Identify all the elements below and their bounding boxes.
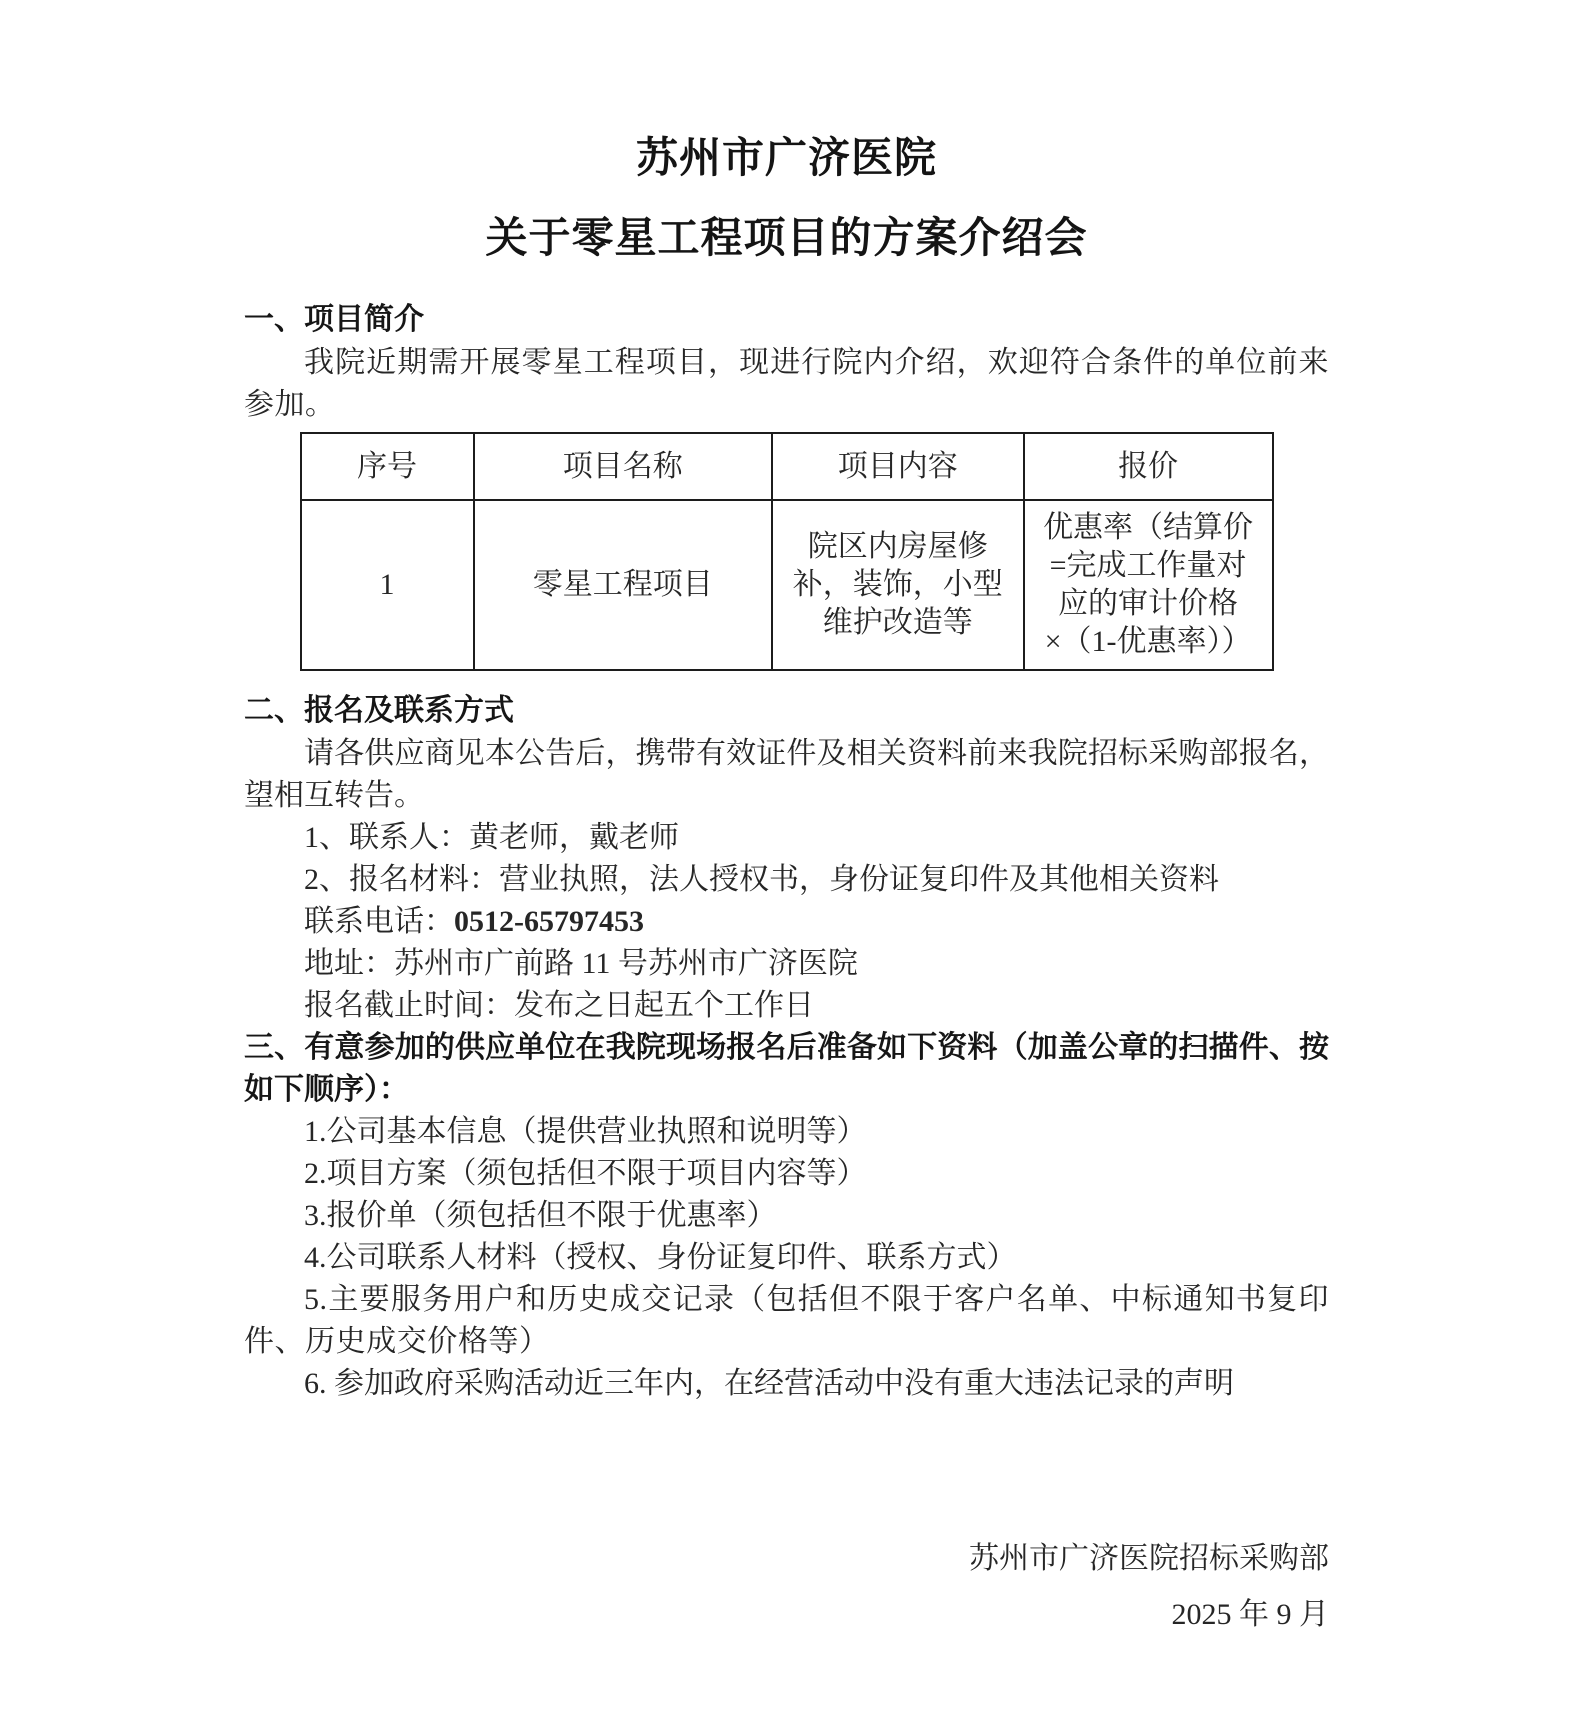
address-line: 地址：苏州市广前路 11 号苏州市广济医院	[244, 943, 1329, 985]
requirement-item-4: 4.公司联系人材料（授权、身份证复印件、联系方式）	[244, 1237, 1329, 1279]
materials-line: 2、报名材料：营业执照，法人授权书，身份证复印件及其他相关资料	[244, 859, 1329, 901]
section-one-heading: 一、项目简介	[244, 298, 1329, 342]
requirement-item-5: 5.主要服务用户和历史成交记录（包括但不限于客户名单、中标通知书复印件、历史成交…	[244, 1279, 1329, 1363]
section-two-heading: 二、报名及联系方式	[244, 689, 1329, 733]
phone-number: 0512-65797453	[454, 905, 644, 938]
cell-quote: 优惠率（结算价 =完成工作量对 应的审计价格 ×（1-优惠率））	[1024, 500, 1273, 670]
project-intro-paragraph: 我院近期需开展零星工程项目，现进行院内介绍，欢迎符合条件的单位前来参加。	[244, 342, 1329, 426]
phone-label: 联系电话：	[304, 905, 454, 938]
section-three-heading: 三、有意参加的供应单位在我院现场报名后准备如下资料（加盖公章的扫描件、按如下顺序…	[244, 1027, 1329, 1111]
org-title: 苏州市广济医院	[244, 132, 1329, 184]
signature-block: 苏州市广济医院招标采购部 2025 年 9 月	[244, 1531, 1329, 1643]
table-header-seq: 序号	[301, 433, 474, 500]
deadline-line: 报名截止时间：发布之日起五个工作日	[244, 985, 1329, 1027]
requirement-item-6: 6. 参加政府采购活动近三年内，在经营活动中没有重大违法记录的声明	[244, 1363, 1329, 1405]
project-table: 序号 项目名称 项目内容 报价 1 零星工程项目 院区内房屋修 补，装饰，小型 …	[300, 432, 1274, 671]
requirement-item-3: 3.报价单（须包括但不限于优惠率）	[244, 1195, 1329, 1237]
registration-intro-paragraph: 请各供应商见本公告后，携带有效证件及相关资料前来我院招标采购部报名，望相互转告。	[244, 733, 1329, 817]
cell-seq: 1	[301, 500, 474, 670]
cell-project-name: 零星工程项目	[474, 500, 772, 670]
table-header-row: 序号 项目名称 项目内容 报价	[301, 433, 1273, 500]
signature-department: 苏州市广济医院招标采购部	[244, 1531, 1329, 1587]
signature-date: 2025 年 9 月	[244, 1587, 1329, 1643]
phone-line: 联系电话：0512-65797453	[244, 901, 1329, 943]
table-row: 1 零星工程项目 院区内房屋修 补，装饰，小型 维护改造等 优惠率（结算价 =完…	[301, 500, 1273, 670]
table-header-quote: 报价	[1024, 433, 1273, 500]
requirement-item-2: 2.项目方案（须包括但不限于项目内容等）	[244, 1153, 1329, 1195]
requirement-item-1: 1.公司基本信息（提供营业执照和说明等）	[244, 1111, 1329, 1153]
cell-project-content: 院区内房屋修 补，装饰，小型 维护改造等	[772, 500, 1024, 670]
table-header-content: 项目内容	[772, 433, 1024, 500]
contact-person-line: 1、联系人：黄老师，戴老师	[244, 817, 1329, 859]
doc-title: 关于零星工程项目的方案介绍会	[244, 212, 1329, 264]
table-header-name: 项目名称	[474, 433, 772, 500]
document-page: 苏州市广济医院 关于零星工程项目的方案介绍会 一、项目简介 我院近期需开展零星工…	[0, 0, 1587, 1734]
